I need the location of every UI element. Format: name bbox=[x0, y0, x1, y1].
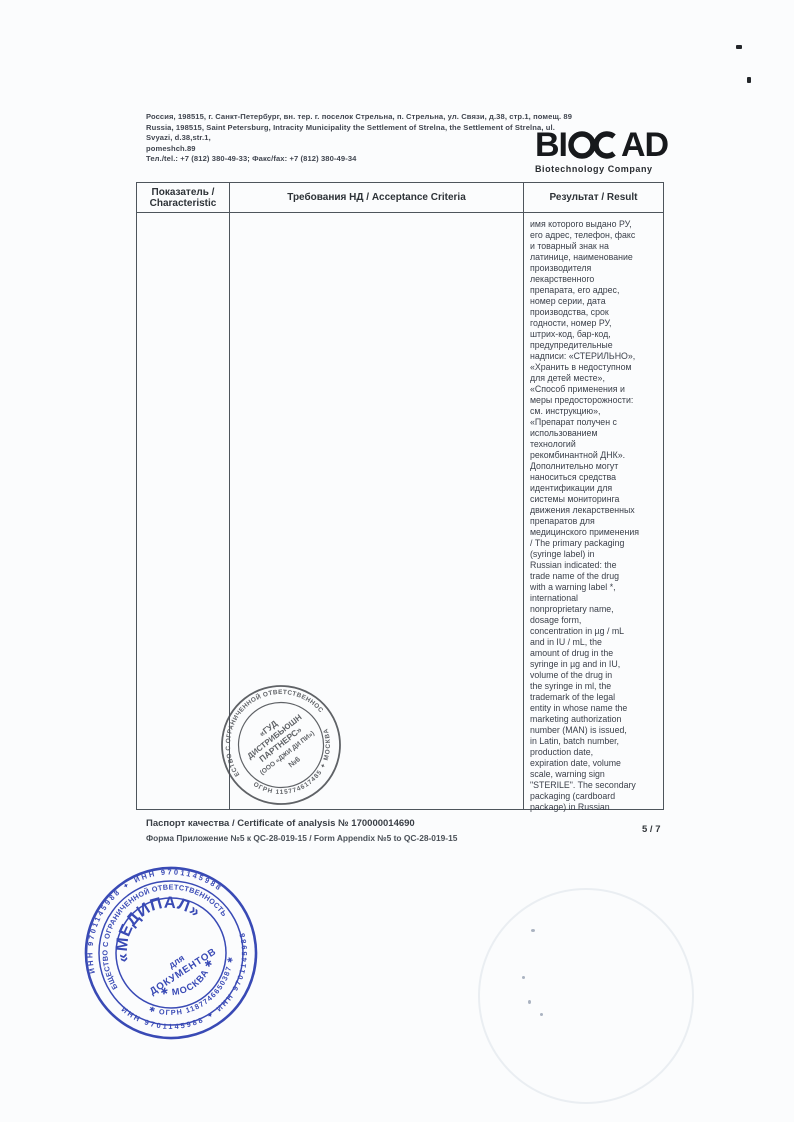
scanned-certificate-page: Россия, 198515, г. Санкт-Петербург, вн. … bbox=[0, 0, 794, 1122]
faint-ghost-stamp-impression bbox=[478, 888, 694, 1104]
medipal-round-stamp: ИНН 9701145988 ✦ ИНН 9701145988 ИНН 9701… bbox=[48, 830, 294, 1076]
scan-speck bbox=[531, 929, 535, 932]
scan-speck bbox=[747, 77, 751, 83]
header-characteristic: Показатель / Characteristic bbox=[137, 183, 230, 213]
biocad-tagline: Biotechnology Company bbox=[535, 164, 715, 174]
distributor-stamp-number: №6 bbox=[287, 755, 302, 770]
result-cell: имя которого выдано РУ, его адрес, телеф… bbox=[524, 213, 663, 809]
table-header-row: Показатель / Characteristic Требования Н… bbox=[137, 183, 663, 213]
logo-oc-circles-icon bbox=[568, 130, 620, 160]
logo-text-left: BI bbox=[535, 128, 567, 162]
header-result: Результат / Result bbox=[524, 183, 663, 213]
header-acceptance-criteria: Требования НД / Acceptance Criteria bbox=[230, 183, 524, 213]
address-line-en-cont: pomeshch.89 bbox=[146, 144, 576, 155]
logo-text-right: AD bbox=[621, 128, 668, 162]
company-phone-fax: Тел./tel.: +7 (812) 380-49-33; Факс/fax:… bbox=[146, 154, 576, 165]
address-line-en: Russia, 198515, Saint Petersburg, Intrac… bbox=[146, 123, 576, 144]
company-address-block: Россия, 198515, г. Санкт-Петербург, вн. … bbox=[146, 112, 576, 165]
scan-speck bbox=[540, 1013, 543, 1016]
page-indicator: 5 / 7 bbox=[642, 824, 661, 835]
biocad-logo: BI AD Biotechnology Company bbox=[535, 128, 715, 174]
biocad-logo-wordmark: BI AD bbox=[535, 128, 715, 162]
scan-speck bbox=[522, 976, 525, 979]
svg-text:ИНН 9701145988 ✦ ИНН 970114598: ИНН 9701145988 ✦ ИНН 9701145988 bbox=[118, 928, 276, 1060]
certificate-of-analysis-line: Паспорт качества / Certificate of analys… bbox=[146, 818, 415, 829]
medipal-stamp-outer-ring-bottom-text: ИНН 9701145988 ✦ ИНН 9701145988 bbox=[118, 928, 276, 1060]
address-line-ru: Россия, 198515, г. Санкт-Петербург, вн. … bbox=[146, 112, 576, 123]
scan-speck bbox=[528, 1000, 531, 1004]
scan-speck bbox=[736, 45, 742, 49]
